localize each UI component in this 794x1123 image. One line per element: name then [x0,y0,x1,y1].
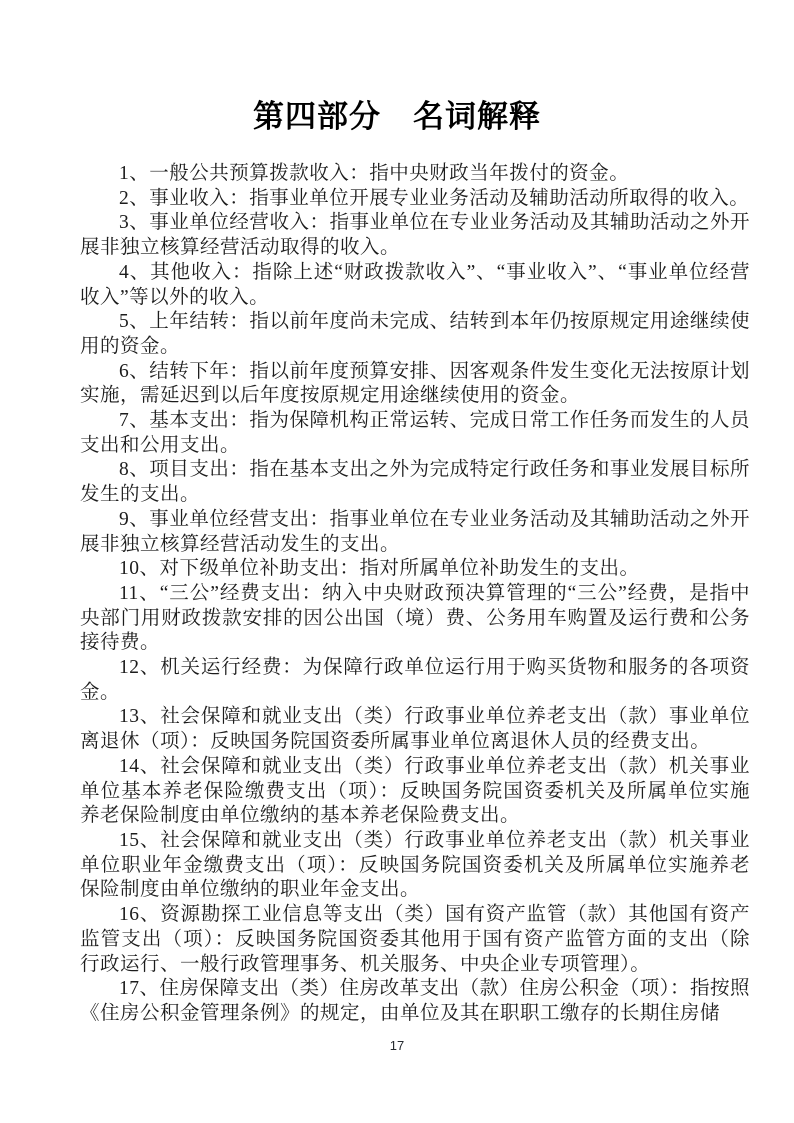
definition-item-1: 1、一般公共预算拨款收入：指中央财政当年拨付的资金。 [80,162,750,187]
definition-item-6: 6、结转下年：指以前年度预算安排、因客观条件发生变化无法按原计划实施，需延迟到以… [80,360,750,409]
definition-item-8: 8、项目支出：指在基本支出之外为完成特定行政任务和事业发展目标所发生的支出。 [80,458,750,507]
page-number: 17 [0,1038,794,1053]
definition-item-7: 7、基本支出：指为保障机构正常运转、完成日常工作任务而发生的人员支出和公用支出。 [80,409,750,458]
definition-item-13: 13、社会保障和就业支出（类）行政事业单位养老支出（款）事业单位离退休（项）：反… [80,705,750,754]
definition-item-9: 9、事业单位经营支出：指事业单位在专业业务活动及其辅助活动之外开展非独立核算经营… [80,508,750,557]
document-page: 第四部分 名词解释 1、一般公共预算拨款收入：指中央财政当年拨付的资金。 2、事… [0,0,794,1123]
definition-item-5: 5、上年结转：指以前年度尚未完成、结转到本年仍按原规定用途继续使用的资金。 [80,310,750,359]
definition-item-2: 2、事业收入：指事业单位开展专业业务活动及辅助活动所取得的收入。 [80,187,750,212]
definition-item-17: 17、住房保障支出（类）住房改革支出（款）住房公积金（项）：指按照《住房公积金管… [80,977,750,1026]
definition-item-15: 15、社会保障和就业支出（类）行政事业单位养老支出（款）机关事业单位职业年金缴费… [80,829,750,903]
definition-item-10: 10、对下级单位补助支出：指对所属单位补助发生的支出。 [80,557,750,582]
page-title: 第四部分 名词解释 [0,0,794,138]
definitions-list: 1、一般公共预算拨款收入：指中央财政当年拨付的资金。 2、事业收入：指事业单位开… [80,162,750,1027]
definition-item-12: 12、机关运行经费：为保障行政单位运行用于购买货物和服务的各项资金。 [80,656,750,705]
definition-item-14: 14、社会保障和就业支出（类）行政事业单位养老支出（款）机关事业单位基本养老保险… [80,755,750,829]
definition-item-11: 11、“三公”经费支出：纳入中央财政预决算管理的“三公”经费，是指中央部门用财政… [80,582,750,656]
definition-item-3: 3、事业单位经营收入：指事业单位在专业业务活动及其辅助活动之外开展非独立核算经营… [80,211,750,260]
definition-item-16: 16、资源勘探工业信息等支出（类）国有资产监管（款）其他国有资产监管支出（项）：… [80,903,750,977]
definition-item-4: 4、其他收入：指除上述“财政拨款收入”、“事业收入”、“事业单位经营收入”等以外… [80,261,750,310]
